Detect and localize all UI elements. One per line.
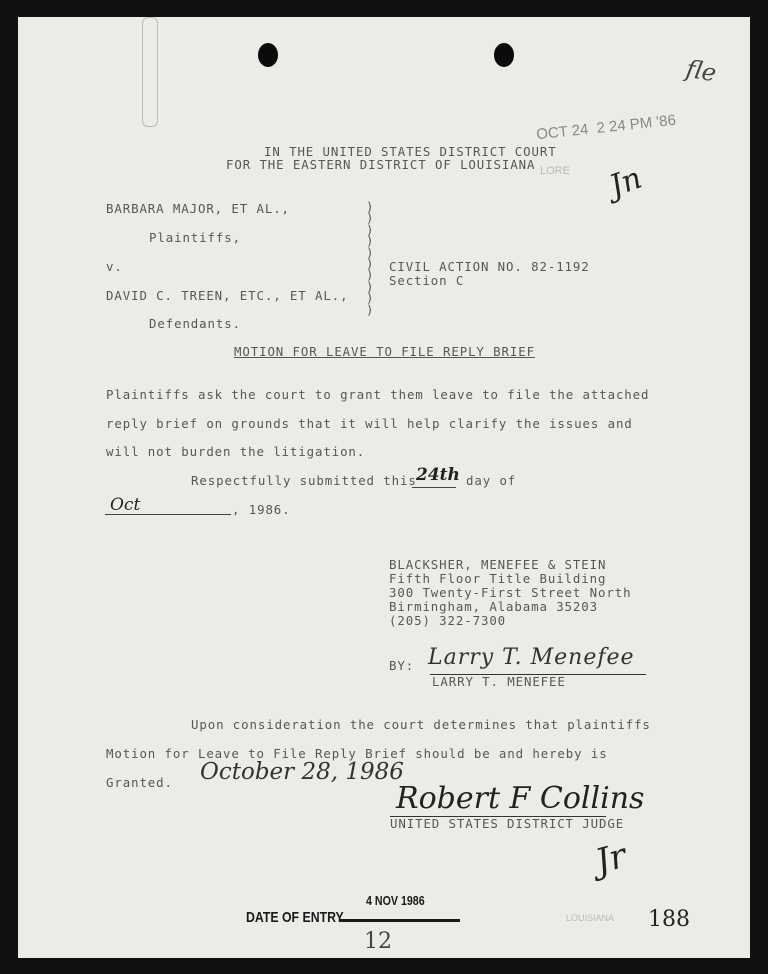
body-line-1: Plaintiffs ask the court to grant them l… xyxy=(106,388,649,402)
punch-hole-left xyxy=(258,43,278,67)
filed-stamp-location: LORE xyxy=(540,165,570,177)
caption-versus: v. xyxy=(106,260,123,274)
page-number-handwritten: 12 xyxy=(364,929,392,954)
handwritten-note-file: fle xyxy=(684,55,719,88)
firm-phone: (205) 322-7300 xyxy=(389,614,506,628)
year-suffix: , 1986. xyxy=(232,503,291,517)
firm-name: BLACKSHER, MENEFEE & STEIN xyxy=(389,558,606,572)
submitted-day-handwritten: 24th xyxy=(416,465,460,485)
staple-mark xyxy=(142,17,158,127)
attorney-name: LARRY T. MENEFEE xyxy=(432,675,566,689)
date-of-entry-label: DATE OF ENTRY xyxy=(246,909,344,926)
caption-plaintiff-role: Plaintiffs, xyxy=(149,231,241,245)
judge-title: UNITED STATES DISTRICT JUDGE xyxy=(390,817,624,831)
order-line-3: Granted. xyxy=(106,776,173,790)
bottom-stamp-text: LOUISIANA xyxy=(566,913,614,923)
case-section: Section C xyxy=(389,274,464,288)
attorney-signature: Larry T. Menefee xyxy=(428,645,635,670)
caption-plaintiff: BARBARA MAJOR, ET AL., xyxy=(106,202,290,216)
initials-handwritten-bottom: Jr xyxy=(591,836,630,882)
order-date-handwritten: October 28, 1986 xyxy=(200,759,404,785)
date-of-entry-value: 4 NOV 1986 xyxy=(366,893,425,908)
court-header-line-2: FOR THE EASTERN DISTRICT OF LOUISIANA xyxy=(226,158,535,172)
firm-address-2: 300 Twenty-First Street North xyxy=(389,586,631,600)
punch-hole-right xyxy=(494,43,514,67)
date-of-entry-line xyxy=(340,919,460,922)
day-blank-line xyxy=(412,487,456,488)
document-title: MOTION FOR LEAVE TO FILE REPLY BRIEF xyxy=(234,345,535,359)
body-line-3: will not burden the litigation. xyxy=(106,445,365,459)
caption-parentheses: ) ) ) ) ) ) ) ) ) ) xyxy=(366,201,373,315)
firm-address-1: Fifth Floor Title Building xyxy=(389,572,606,586)
caption-defendant-role: Defendants. xyxy=(149,317,241,331)
filed-stamp: OCT 24 2 24 PM '86 xyxy=(535,112,676,144)
document-number-handwritten: 188 xyxy=(648,907,690,932)
submitted-suffix: day of xyxy=(466,474,516,488)
by-label: BY: xyxy=(389,659,414,673)
initials-handwritten-top: Jn xyxy=(605,161,646,205)
month-handwritten: Oct xyxy=(110,495,140,515)
judge-signature: Robert F Collins xyxy=(396,781,644,816)
firm-address-3: Birmingham, Alabama 35203 xyxy=(389,600,598,614)
order-line-1: Upon consideration the court determines … xyxy=(191,718,651,732)
caption-defendant: DAVID C. TREEN, ETC., ET AL., xyxy=(106,289,348,303)
case-number: CIVIL ACTION NO. 82-1192 xyxy=(389,260,590,274)
submitted-prefix: Respectfully submitted this xyxy=(191,474,417,488)
document-page: fle OCT 24 2 24 PM '86 LORE Jn IN THE UN… xyxy=(18,17,750,958)
body-line-2: reply brief on grounds that it will help… xyxy=(106,417,633,431)
